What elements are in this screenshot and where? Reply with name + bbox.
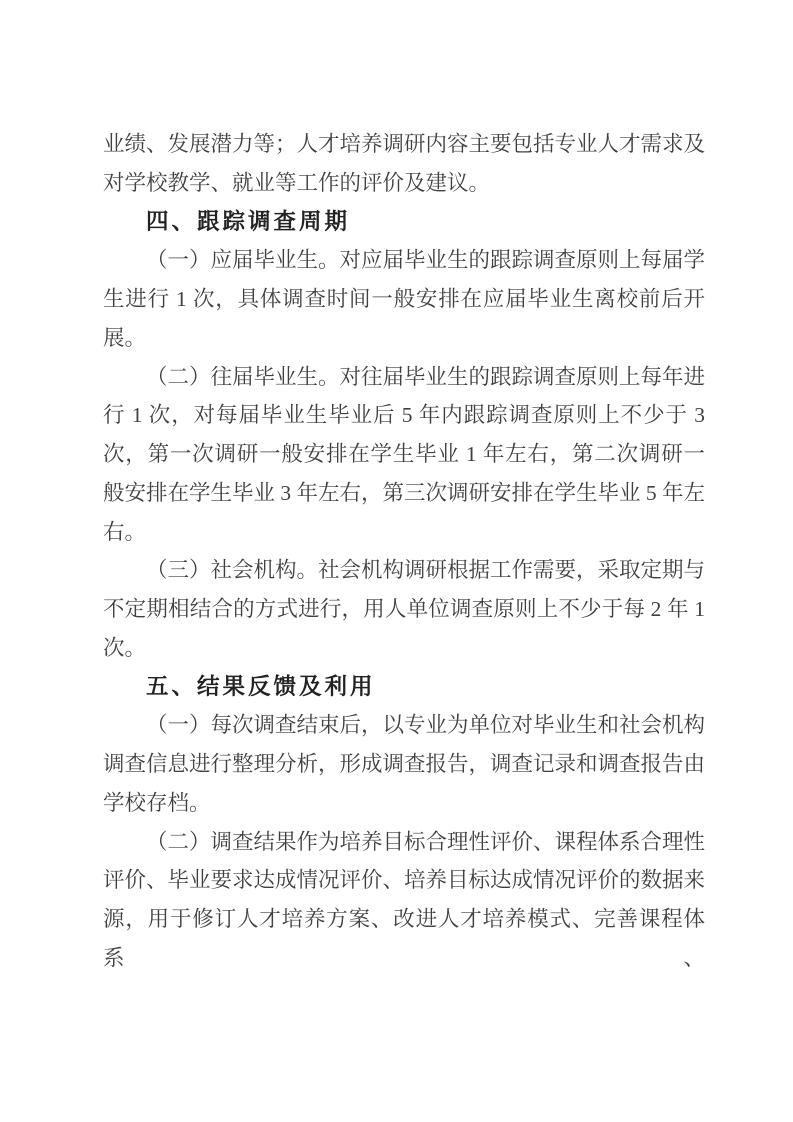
body-line: （一）应届毕业生。对应届毕业生的跟踪调查原则上每届学 [103, 241, 705, 280]
body-line: 右。 [103, 513, 705, 552]
body-line: 业绩、发展潜力等；人才培养调研内容主要包括专业人才需求及 [103, 125, 705, 164]
section-heading-5: 五、结果反馈及利用 [103, 668, 705, 707]
section-heading-4: 四、跟踪调查周期 [103, 203, 705, 242]
body-line: （二）往届毕业生。对往届毕业生的跟踪调查原则上每年进 [103, 358, 705, 397]
body-line: 调查信息进行整理分析，形成调查报告，调查记录和调查报告由 [103, 745, 705, 784]
body-line: 般安排在学生毕业 3 年左右，第三次调研安排在学生毕业 5 年左 [103, 474, 705, 513]
document-body: 业绩、发展潜力等；人才培养调研内容主要包括专业人才需求及 对学校教学、就业等工作… [103, 125, 705, 939]
document-page: 业绩、发展潜力等；人才培养调研内容主要包括专业人才需求及 对学校教学、就业等工作… [0, 0, 793, 1122]
body-line: 源，用于修订人才培养方案、改进人才培养模式、完善课程体系、 [103, 900, 705, 939]
body-line: 次。 [103, 629, 705, 668]
body-line: （二）调查结果作为培养目标合理性评价、课程体系合理性 [103, 823, 705, 862]
body-line: 评价、毕业要求达成情况评价、培养目标达成情况评价的数据来 [103, 861, 705, 900]
body-line: 学校存档。 [103, 784, 705, 823]
body-line: 展。 [103, 319, 705, 358]
body-line: 对学校教学、就业等工作的评价及建议。 [103, 164, 705, 203]
body-line: 行 1 次，对每届毕业生毕业后 5 年内跟踪调查原则上不少于 3 [103, 396, 705, 435]
body-line: （一）每次调查结束后，以专业为单位对毕业生和社会机构 [103, 706, 705, 745]
body-line: 次，第一次调研一般安排在学生毕业 1 年左右，第二次调研一 [103, 435, 705, 474]
body-line: 不定期相结合的方式进行，用人单位调查原则上不少于每 2 年 1 [103, 590, 705, 629]
body-line: （三）社会机构。社会机构调研根据工作需要，采取定期与 [103, 551, 705, 590]
body-line: 生进行 1 次，具体调查时间一般安排在应届毕业生离校前后开 [103, 280, 705, 319]
